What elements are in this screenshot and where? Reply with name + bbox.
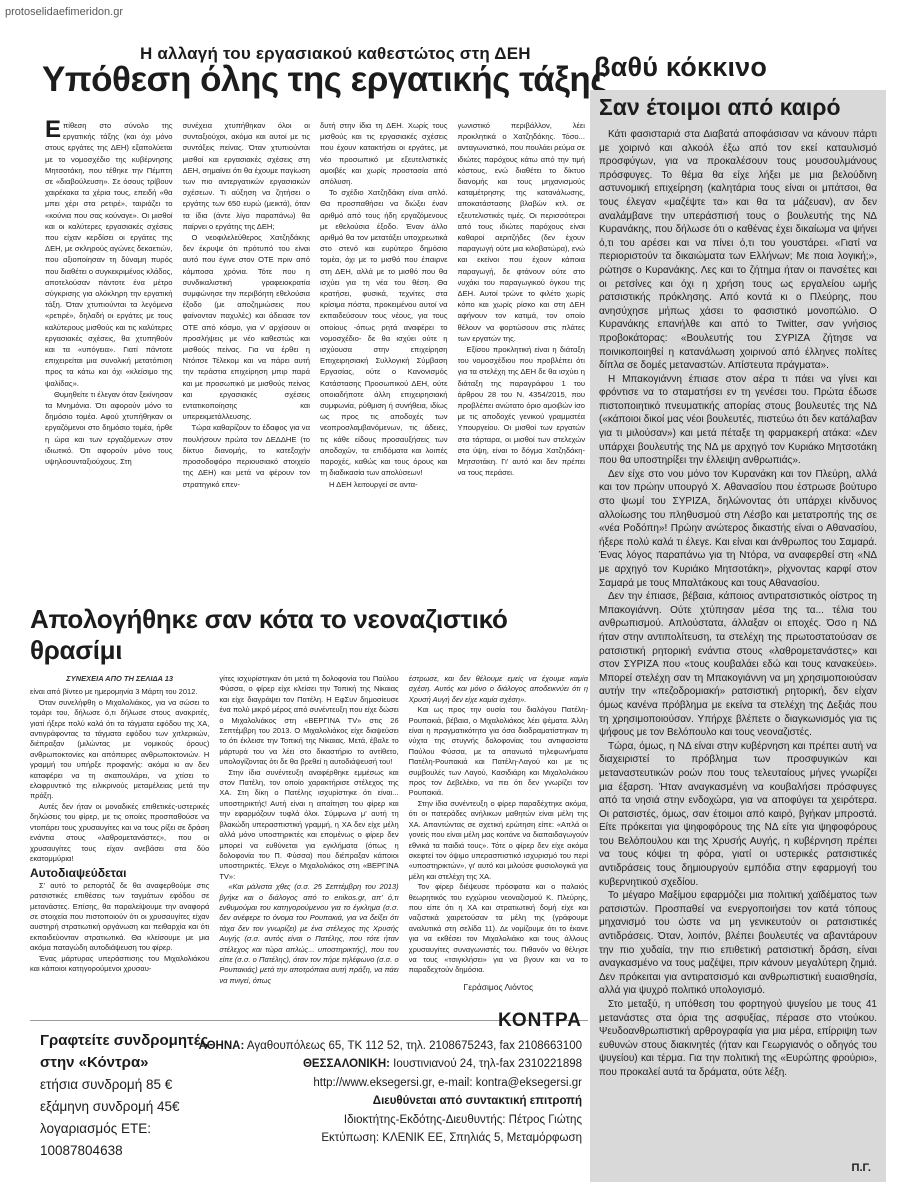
paragraph: «Και μάλιστα χθες (σ.σ. 25 Σεπτέμβρη του… [219, 882, 398, 986]
main-article-body: Επίθεση στο σύνολο της εργατικής τάξης (… [45, 120, 585, 606]
masthead-printer: Εκτύπωση: ΚΛΕΝΙΚ ΕΕ, Σπηλιάς 5, Μεταμόρφ… [192, 1129, 582, 1148]
column-text: Σ' αυτό το ρεπορτάζ δε θα αναφερθούμε στ… [30, 881, 209, 975]
second-article-headline: Απολογήθηκε σαν κότα το νεοναζιστικό θρα… [30, 604, 588, 666]
paragraph: Τώρα καθαρίζουν το έδαφος για να πουλήσο… [183, 422, 311, 489]
paragraph: Το μέγαρο Μαξίμου εφαρμόζει μια πολιτική… [599, 889, 877, 998]
article-byline: Γεράσιμος Λιόντος [409, 982, 588, 992]
paragraph: Θυμηθείτε τι έλεγαν όταν ξεκίνησαν τα Μν… [45, 389, 173, 467]
article-column-1: Επίθεση στο σύνολο της εργατικής τάξης (… [45, 120, 173, 606]
paragraph: Εξίσου προκλητική είναι η διάταξη του νο… [458, 344, 586, 478]
article-column-3: δυτή στην ίδια τη ΔΕΗ. Χωρίς τους μισθού… [320, 120, 448, 606]
article-column-2: γίτες ισχυρίστηκαν ότι μετά τη δολοφονία… [219, 674, 398, 1046]
article-column-4: γωνιστικό περιβάλλον, λέει προκλητικά ο … [458, 120, 586, 606]
paragraph: Και ως προς την ουσία του διαλόγου Πατέλ… [409, 705, 588, 799]
paragraph: γωνιστικό περιβάλλον, λέει προκλητικά ο … [458, 120, 586, 344]
opinion-headline: Σαν έτοιμοι από καιρό [599, 94, 877, 121]
column-text: γίτες ισχυρίστηκαν ότι μετά τη δολοφονία… [219, 674, 398, 882]
paragraph: Ο νεοφιλελεύθερος Χατζηδάκης δεν έκρυψε … [183, 232, 311, 422]
paragraph: Δεν είχε στο νου μόνο τον Κυρανάκη και τ… [599, 468, 877, 590]
paragraph: Δεν την έπιασε, βέβαια, κάποιος αντιρατσ… [599, 590, 877, 740]
main-article-headline: Υπόθεση όλης της εργατικής τάξης [42, 60, 608, 100]
column-text: είναι από βίντεο με ημερομηνία 3 Μάρτη τ… [30, 687, 209, 864]
continuation-label: ΣΥΝΕΧΕΙΑ ΑΠΟ ΤΗ ΣΕΛΙΔΑ 13 [30, 674, 209, 684]
masthead-address-athens: ΑΘΗΝΑ: Αγαθουπόλεως 65, ΤΚ 112 52, τηλ. … [192, 1037, 582, 1056]
paragraph: Τον φίρερ διέψευσε πρόσφατα και ο παλαιό… [409, 882, 588, 976]
article-subhead: Αυτοδιαψεύδεται [30, 868, 209, 878]
paragraph: Τώρα, όμως, η ΝΔ είναι στην κυβέρνηση κα… [599, 740, 877, 890]
paragraph: γίτες ισχυρίστηκαν ότι μετά τη δολοφονία… [219, 674, 398, 768]
opinion-body: Κάτι φασισταριά στα Διαβατά αποφάσισαν ν… [599, 128, 877, 1158]
masthead-box: ΚΟΝΤΡΑ ΑΘΗΝΑ: Αγαθουπόλεως 65, ΤΚ 112 52… [192, 1012, 582, 1148]
paragraph: Ένας μάρτυρας υπεράσπισης του Μιχαλολιάκ… [30, 954, 209, 975]
paragraph: έστρωσε, και δεν θέλουμε εμείς να έχουμε… [409, 674, 588, 705]
quote-text: έστρωσε, και δεν θέλουμε εμείς να έχουμε… [409, 674, 588, 705]
paragraph: Κάτι φασισταριά στα Διαβατά αποφάσισαν ν… [599, 128, 877, 373]
column-text: Και ως προς την ουσία του διαλόγου Πατέλ… [409, 705, 588, 976]
paragraph: Επίθεση στο σύνολο της εργατικής τάξης (… [45, 120, 173, 389]
paragraph: Στο μεταξύ, η υπόθεση του φορτηγού ψυγεί… [599, 998, 877, 1080]
paragraph: δυτή στην ίδια τη ΔΕΗ. Χωρίς τους μισθού… [320, 120, 448, 187]
opinion-signature: Π.Γ. [599, 1158, 877, 1176]
masthead-editorial-note: Διευθύνεται από συντακτική επιτροπή [192, 1092, 582, 1111]
paragraph: Στην ίδια συνέντευξη αναφέρθηκε εμμέσως … [219, 768, 398, 882]
masthead-publisher: Ιδιοκτήτης-Εκδότης-Διευθυντής: Πέτρος Γι… [192, 1111, 582, 1130]
masthead-title: ΚΟΝΤΡΑ [192, 1012, 582, 1031]
opinion-panel: Σαν έτοιμοι από καιρό Κάτι φασισταριά στ… [590, 90, 886, 1182]
masthead-web-email: http://www.eksegersi.gr, e-mail: kontra@… [192, 1074, 582, 1093]
newspaper-page: protoselidaefimeridon.gr Η αλλαγή του ερ… [0, 0, 900, 1195]
article-column-3: έστρωσε, και δεν θέλουμε εμείς να έχουμε… [409, 674, 588, 1046]
second-article: Απολογήθηκε σαν κότα το νεοναζιστικό θρα… [30, 604, 588, 1046]
quote-text: «Και μάλιστα χθες (σ.σ. 25 Σεπτέμβρη του… [219, 882, 398, 986]
paragraph: Στην ίδια συνέντευξη ο φίρερ παραδέχτηκε… [409, 799, 588, 882]
article-column-2: συνέχεια χτυπήθηκαν όλοι οι συνταξιούχοι… [183, 120, 311, 606]
second-article-body: ΣΥΝΕΧΕΙΑ ΑΠΟ ΤΗ ΣΕΛΙΔΑ 13 είναι από βίντ… [30, 674, 588, 1046]
paragraph: Το σχέδιο Χατζηδάκη είναι απλό. Θα προσπ… [320, 187, 448, 478]
paragraph: Η Μπακογιάννη έπιασε στον αέρα τι πάει ν… [599, 373, 877, 468]
masthead-address-thessaloniki: ΘΕΣΣΑΛΟΝΙΚΗ: Ιουστινιανού 24, τηλ-fax 23… [192, 1055, 582, 1074]
paragraph: Η ΔΕΗ λειτουργεί σε αντα- [320, 479, 448, 490]
paragraph: Όταν συνελήφθη ο Μιχαλολιάκος, για να σώ… [30, 698, 209, 802]
paragraph: είναι από βίντεο με ημερομηνία 3 Μάρτη τ… [30, 687, 209, 697]
paragraph: Σ' αυτό το ρεπορτάζ δε θα αναφερθούμε στ… [30, 881, 209, 954]
article-column-1: ΣΥΝΕΧΕΙΑ ΑΠΟ ΤΗ ΣΕΛΙΔΑ 13 είναι από βίντ… [30, 674, 209, 1046]
paragraph: συνέχεια χτυπήθηκαν όλοι οι συνταξιούχοι… [183, 120, 311, 232]
opinion-section-title: βαθύ κόκκινο [594, 52, 767, 83]
paragraph: Αυτές δεν ήταν οι μοναδικές επιθετικές-υ… [30, 802, 209, 864]
watermark-url: protoselidaefimeridon.gr [5, 6, 123, 18]
